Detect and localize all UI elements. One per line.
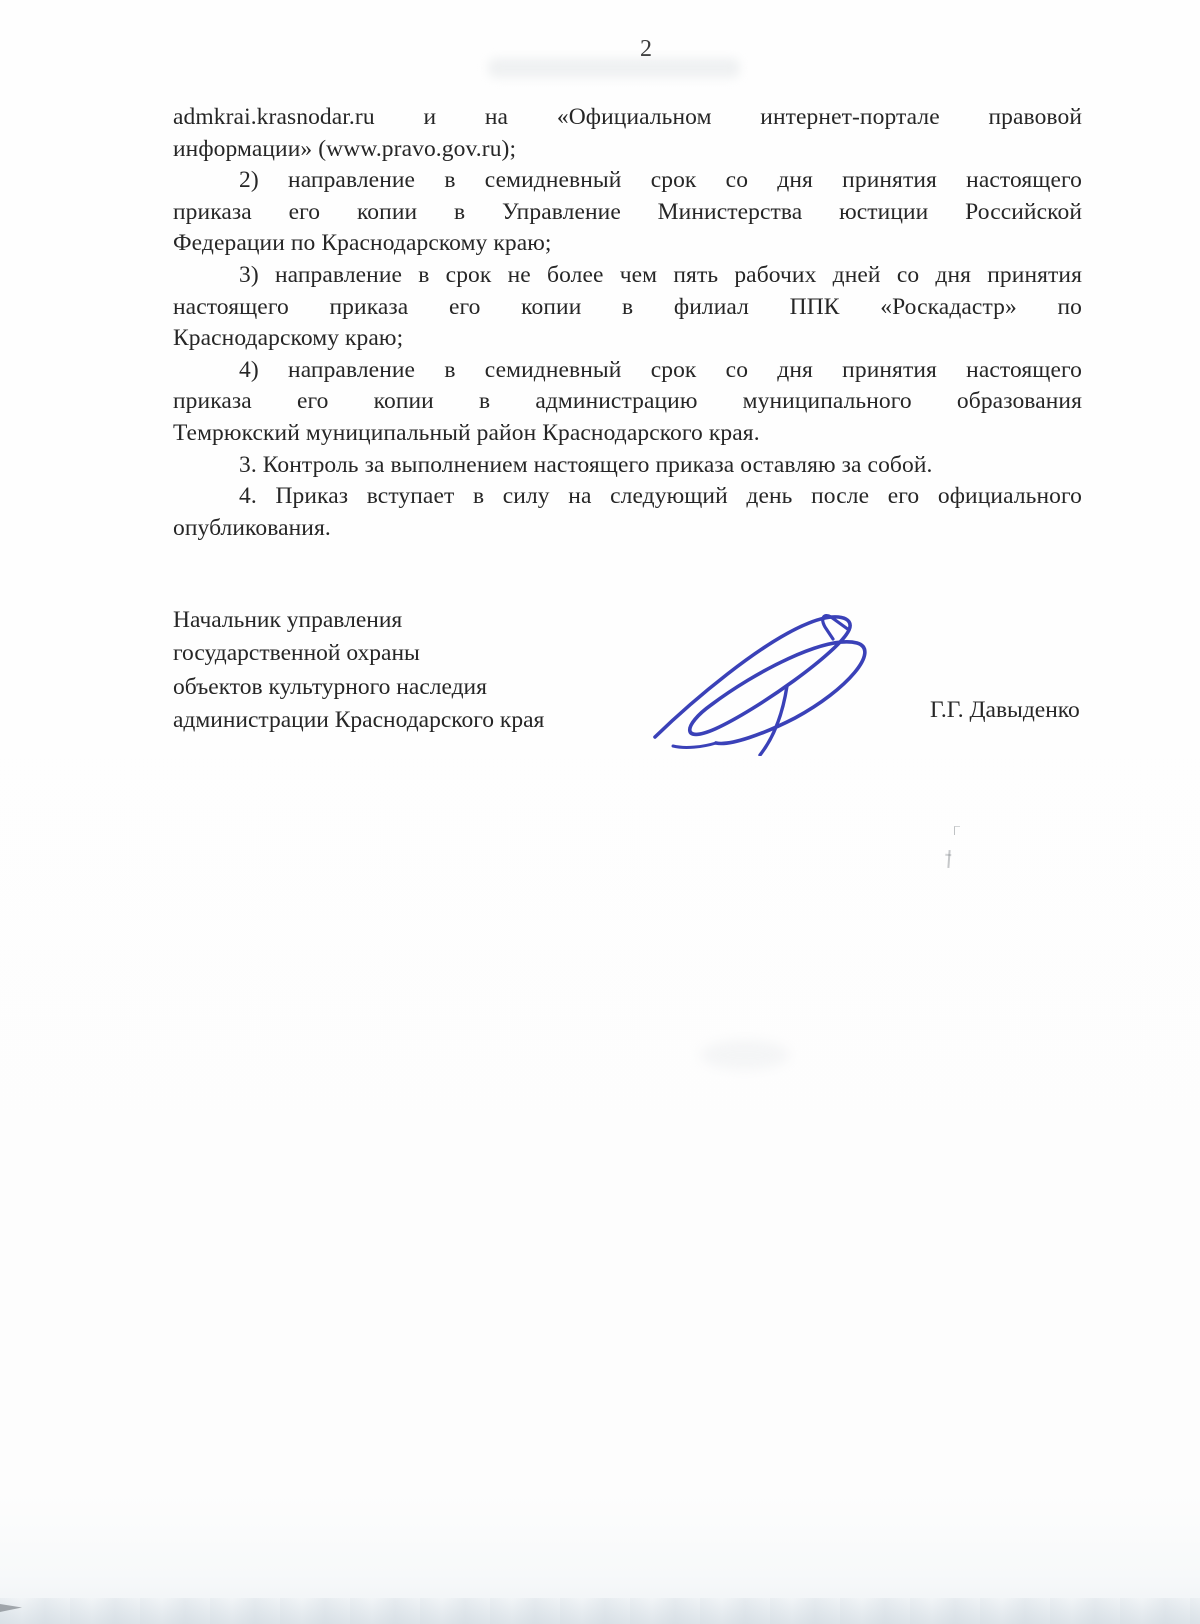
scan-artifact [954,826,960,835]
signatory-name: Г.Г. Давыденко [930,697,1080,724]
document-line: 2) направление в семидневный срок со дня… [173,165,1082,197]
document-line: 3. Контроль за выполнением настоящего пр… [173,450,1082,482]
signature-ink [633,606,895,756]
document-body: admkrai.krasnodar.ru и на «Официальном и… [173,102,1082,544]
document-line: информации» (www.pravo.gov.ru); [173,134,1082,166]
document-line: настоящего приказа его копии в филиал ПП… [173,292,1082,324]
position-line: государственной охраны [173,637,643,670]
document-line: приказа его копии в администрацию муници… [173,386,1082,418]
scan-artifact [947,850,950,868]
document-line: 4. Приказ вступает в силу на следующий д… [173,481,1082,513]
signatory-position-block: Начальник управления государственной охр… [173,604,643,738]
document-line: Темрюкский муниципальный район Краснодар… [173,418,1082,450]
document-line: 4) направление в семидневный срок со дня… [173,355,1082,387]
document-line: admkrai.krasnodar.ru и на «Официальном и… [173,102,1082,134]
scan-smudge [700,1040,790,1070]
document-line: Федерации по Краснодарскому краю; [173,228,1082,260]
position-line: администрации Краснодарского края [173,704,643,737]
document-line: опубликования. [173,513,1082,545]
position-line: Начальник управления [173,604,643,637]
scan-bottom-edge [0,1598,1200,1624]
position-line: объектов культурного наследия [173,671,643,704]
scan-smudge [488,58,740,78]
scan-artifact [0,1602,22,1612]
scanned-document-page: 2 admkrai.krasnodar.ru и на «Официальном… [0,0,1200,1624]
document-line: приказа его копии в Управление Министерс… [173,197,1082,229]
signature-stroke [673,743,716,747]
signature-stroke [655,617,865,744]
document-line: 3) направление в срок не более чем пять … [173,260,1082,292]
document-line: Краснодарскому краю; [173,323,1082,355]
